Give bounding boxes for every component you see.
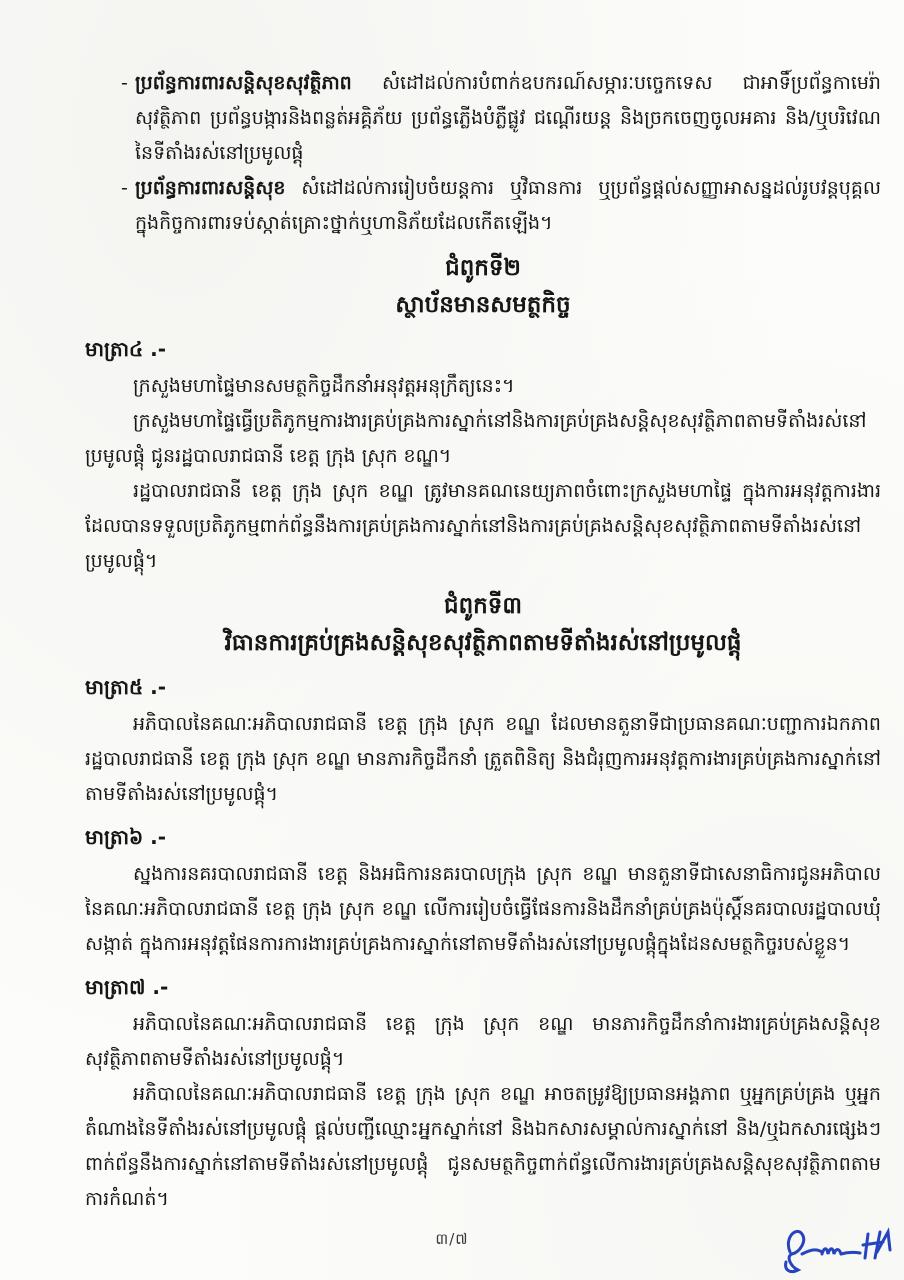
chapter-3-number: ជំពូកទី៣ xyxy=(85,588,881,625)
document-body: -ប្រព័ន្ធការពារសន្តិសុខសុវត្ថិភាព សំដៅដល… xyxy=(85,66,881,1217)
article-5-label: មាត្រា៥ .- xyxy=(85,670,881,705)
bullet-dash: - xyxy=(121,171,128,206)
chapter-2-heading: ជំពូកទី២ ស្ថាប័នមានសមត្ថកិច្ច xyxy=(85,250,881,324)
handwritten-signature-icon xyxy=(776,1208,898,1276)
definition-list: -ប្រព័ន្ធការពារសន្តិសុខសុវត្ថិភាព សំដៅដល… xyxy=(123,66,881,241)
chapter-2-title: ស្ថាប័នមានសមត្ថកិច្ច xyxy=(85,287,881,324)
definition-item: -ប្រព័ន្ធការពារសន្តិសុខសុវត្ថិភាព សំដៅដល… xyxy=(123,66,881,171)
defined-term: ប្រព័ន្ធការពារសន្តិសុខសុវត្ថិភាព xyxy=(135,72,352,94)
article-6-label: មាត្រា៦ .- xyxy=(85,820,881,855)
article-5-paragraph: អភិបាលនៃគណៈអភិបាលរាជធានី ខេត្ត ក្រុង ស្រ… xyxy=(85,707,881,812)
article-6-paragraph: ស្នងការនគរបាលរាជធានី ខេត្ត និងអធិការនគរប… xyxy=(85,857,881,962)
page-number: ៣/៧ xyxy=(0,1230,904,1252)
chapter-3-title: វិធានការគ្រប់គ្រងសន្តិសុខសុវត្ថិភាពតាមទី… xyxy=(85,625,881,662)
article-4-paragraph: ក្រសួងមហាផ្ទៃមានសមត្ថកិច្ចដឹកនាំអនុវត្តអ… xyxy=(85,369,881,404)
article-4-label: មាត្រា៤ .- xyxy=(85,332,881,367)
article-4-paragraph: រដ្ឋបាលរាជធានី ខេត្ត ក្រុង ស្រុក ខណ្ឌ ត្… xyxy=(85,474,881,579)
article-7-paragraph: អភិបាលនៃគណៈអភិបាលរាជធានី ខេត្ត ក្រុង ស្រ… xyxy=(85,1077,881,1217)
bullet-dash: - xyxy=(121,66,128,101)
definition-item: -ប្រព័ន្ធការពារសន្តិសុខ សំដៅដល់ការរៀបចំយ… xyxy=(123,171,881,241)
article-7-paragraph: អភិបាលនៃគណៈអភិបាលរាជធានី ខេត្ត ក្រុង ស្រ… xyxy=(85,1007,881,1077)
article-4-paragraph: ក្រសួងមហាផ្ទៃធ្វើប្រតិភូកម្មការងារគ្រប់គ… xyxy=(85,404,881,474)
defined-term: ប្រព័ន្ធការពារសន្តិសុខ xyxy=(135,177,285,199)
document-page: -ប្រព័ន្ធការពារសន្តិសុខសុវត្ថិភាព សំដៅដល… xyxy=(0,0,904,1280)
chapter-3-heading: ជំពូកទី៣ វិធានការគ្រប់គ្រងសន្តិសុខសុវត្ថ… xyxy=(85,588,881,662)
article-7-label: មាត្រា៧ .- xyxy=(85,970,881,1005)
chapter-2-number: ជំពូកទី២ xyxy=(85,250,881,287)
